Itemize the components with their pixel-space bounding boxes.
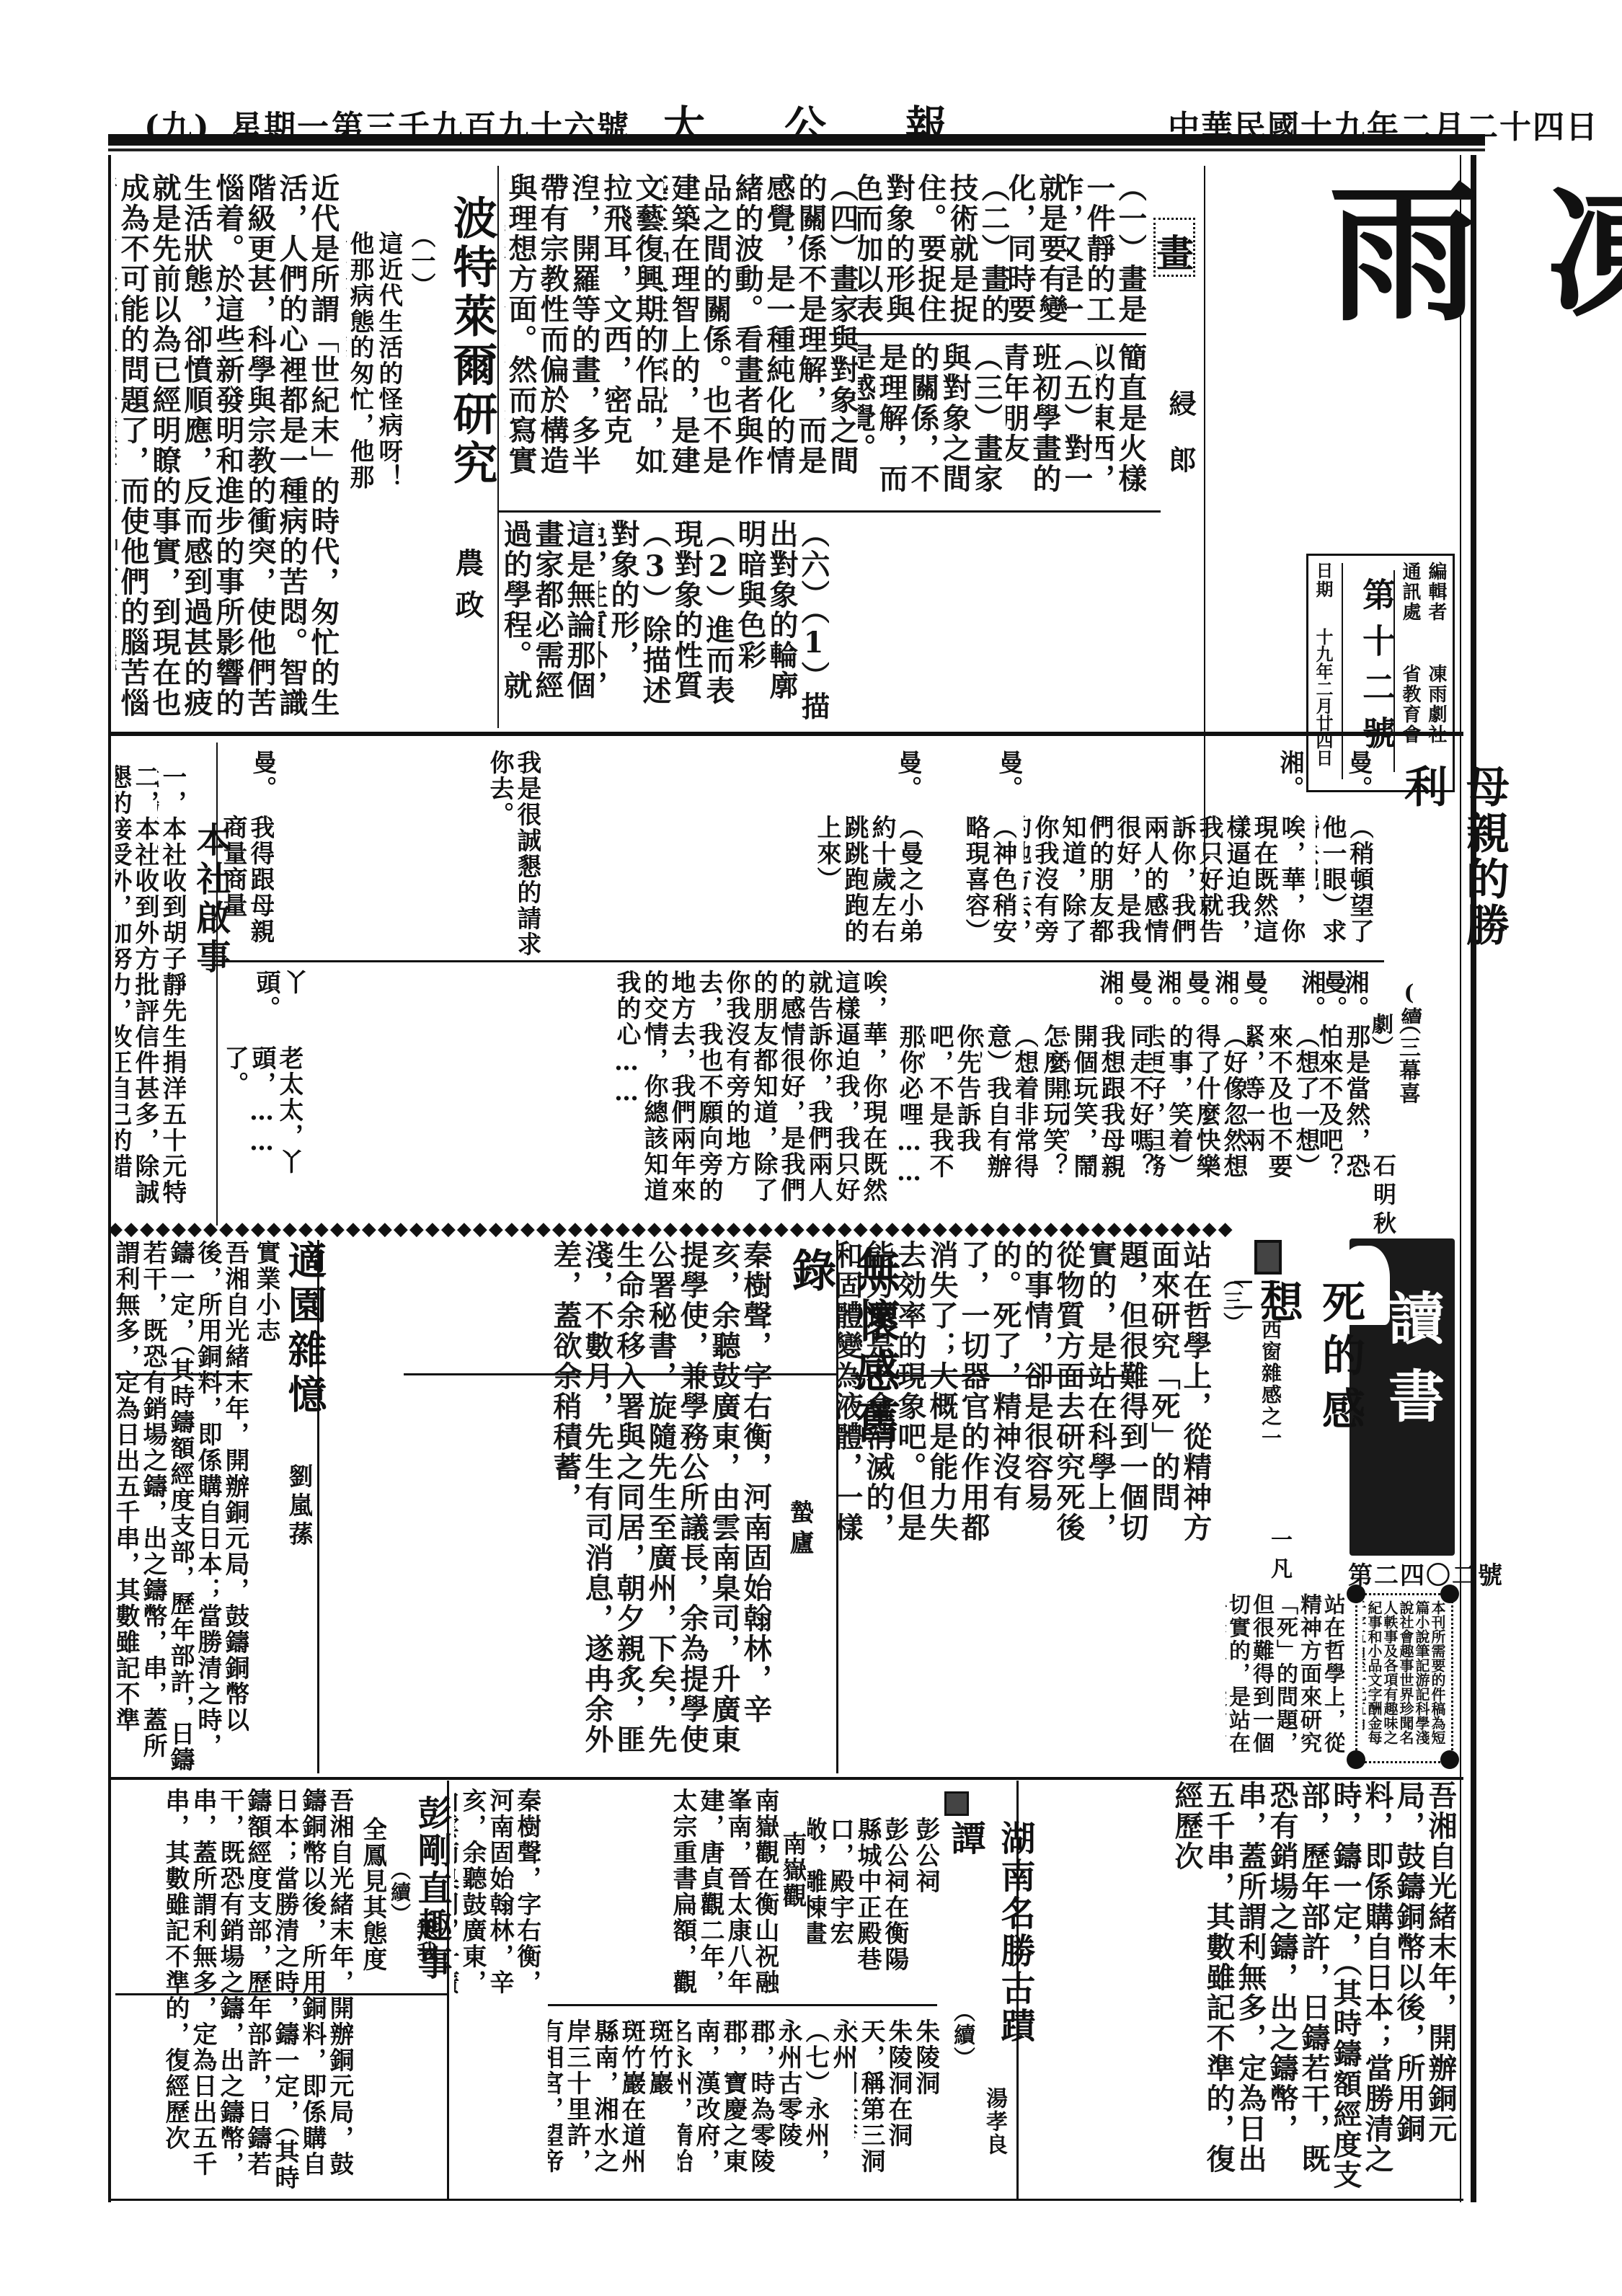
dialogue-speaker: 湘。 xyxy=(1298,970,1325,1020)
site-text: 斑竹巖在道州縣南，湘水之岸三十里許，有相宮，望帝台，蓋邑人為舜娥皇女英築也，相傳… xyxy=(548,2018,645,2191)
site-name: 永州 xyxy=(829,2018,856,2105)
dialogue-line: （稍頓望了他一眼）求婚去吧 xyxy=(1316,815,1373,959)
baudelaire-lead-1: 這近代生活的怪病呀！ xyxy=(375,231,402,505)
painting-section-1: （一）畫是一件靜的工作，又是一件動的工作。在靜中有柔軟的輕清的波紋。在動中有節奏… xyxy=(1067,173,1146,332)
dialogue-speaker: 曼。 xyxy=(249,750,276,807)
date-label: 日期 xyxy=(1313,562,1333,619)
painting-section-5: 文藝復興期的作品，如拉飛耳，文西，密克湼，開羅等的畫，多半帶有宗教性而偏於構造與… xyxy=(505,173,663,505)
dialogue-line: 你先告訴我吧，不是我不去。 xyxy=(923,1024,980,1204)
issue-number-label: 第十二號 xyxy=(1353,577,1401,779)
page-bottom-rule xyxy=(108,2199,1463,2201)
play-genre: （三幕喜劇） xyxy=(1366,1013,1421,1128)
death-author: 一凡 xyxy=(1265,1528,1293,1586)
baudelaire-body: 近代是所謂「世紀末」的時代，匆忙的生活，人們的心裡都是一種病的苦悶。智識階級更甚… xyxy=(115,173,339,728)
dialogue-line: 同走不好嗎？ xyxy=(1125,1024,1153,1204)
site-text: 朱陵洞在洞天，稱第三洞天，明湛若水，有宋朱熹題字。 xyxy=(854,2018,912,2191)
site-text: 彭公祠在衡陽縣城中正殿巷口，殿宇宏敞，雕棟畫樑，精緻壯麗。為各祠之冠，中祀清彭剛… xyxy=(807,1817,908,1997)
baudelaire-title: 波特萊爾研究 xyxy=(440,195,504,497)
garden-memoir-body: 吾湘自光緒末年，開辦銅元局，鼓鑄銅幣以後，所用銅料，即係購自日本；當勝清之時，鑄… xyxy=(115,1240,249,1773)
painting-section-3b: （三）畫家與對象之間的關係，不是理解，而是感覺。 xyxy=(858,342,1002,508)
baudelaire-author: 農政 xyxy=(447,548,488,634)
death-part: （三） xyxy=(1218,1269,1246,1326)
supplement-info-box: 編輯者 凍雨劇社 通訊處 省教育會 第十二號 日期 十九年二月廿四日 xyxy=(1306,554,1455,792)
dialogue-line: 唉，華，你現在既然這樣逼迫我，我只好就告訴你，我們兩人的感情很好，是我們的朋友都… xyxy=(1024,815,1305,959)
play-title: 母親的勝利 xyxy=(1391,764,1515,980)
baudelaire-lead-2: 他那病態的匆忙，他那分歧的目標 xyxy=(346,231,373,505)
dialogue-speaker: 湘。 xyxy=(1096,970,1123,1020)
site-name: 彭公祠 xyxy=(912,1817,939,1903)
memoir-divider xyxy=(404,1373,836,1375)
dialogue-speaker: 湘。 xyxy=(1211,970,1238,1020)
dialogue-speaker: 曼。 xyxy=(995,750,1022,807)
address-value: 省教育會 xyxy=(1399,664,1421,779)
site-name: 斑竹巖 xyxy=(645,2018,673,2105)
editor-value: 凍雨劇社 xyxy=(1425,664,1447,779)
corner-dot-icon xyxy=(1347,1750,1365,1769)
dialogue-line: （神色稍安略現喜容） xyxy=(959,815,1016,959)
dialogue-speaker: 曼。 xyxy=(1182,970,1210,1020)
notice-item-2: 二，本社收到外方批評信件甚多，除誠懇的接受外，加努力，改正自己的錯誤，向前走去。… xyxy=(115,764,159,1211)
divider-top-row xyxy=(829,333,1146,335)
dialogue-line: 那你必哩…… xyxy=(894,1024,923,1204)
address-label: 通訊處 xyxy=(1399,562,1421,648)
dialogue-line: 老太太，丫頭，……了。 xyxy=(216,1045,303,1204)
painting-section-2: 就是要有變化，同時要統一。有變化而又統一，謂之調和。調和是創造美的唯一的條件。 xyxy=(1009,173,1067,332)
dialogue-speaker: 湘。 xyxy=(1276,750,1303,807)
death-body-continued: 站在哲學上，從精神方面來研究「死」的問題，但很難得到一個切實的，是站在科學上，從… xyxy=(1226,1593,1344,1759)
dialogue-speaker: 丫頭。 xyxy=(252,970,307,1042)
bottom-right-text: 吾湘自光緒末年，開辦銅元局，鼓鑄銅幣以後，所用銅料，即係購自日本；當勝清之時，鑄… xyxy=(1024,1781,1456,2199)
garden-memoir-section: 實業小志 xyxy=(252,1240,280,1370)
dialogue-line: （想了一想）來不及也不要緊，等一兩天，請你父親派人送你 xyxy=(1247,1024,1319,1204)
hunan-author: 湯孝良 xyxy=(980,2087,1008,2173)
dialogue-filler: 唉，華，你現在既然這樣逼迫我，我只好就告訴你，我們兩人的感情很好，是我們的朋友都… xyxy=(317,970,887,1204)
memoir-title: 無懷感舊錄 xyxy=(779,1247,907,1478)
dialogue-line: 那是當然，恐怕來不及吧？ xyxy=(1312,1024,1370,1204)
dialogue-line: （好像忽然想得了什麼快樂的事，笑着）去更好，但務必要在作壽的頭天晚上到。 xyxy=(1153,1024,1247,1204)
dialogue-speaker: 湘。 xyxy=(1153,970,1181,1020)
peng-continued: （續） xyxy=(386,1860,413,1932)
hunan-divider xyxy=(548,2004,937,2006)
ornament-divider: ◆◆◆◆◆◆◆◆◆◆◆◆◆◆◆◆◆◆◆◆◆◆◆◆◆◆◆◆◆◆◆◆◆◆◆◆◆◆◆◆… xyxy=(108,1218,1463,1238)
dialogue-line: 怎麼開玩笑？ xyxy=(1038,1024,1067,1204)
dialogue-speaker: 曼。 xyxy=(894,750,921,807)
site-text: 南嶽觀在衡山祝融峯南，晉太康八年建，唐貞觀二年，太宗重書扁額，觀中碑文， xyxy=(670,1788,779,1997)
memoir-author: 蟄廬 xyxy=(782,1499,817,1572)
baudelaire-part: （一） xyxy=(404,223,439,310)
dialogue-line: （想着非常得意）我自有辦法， xyxy=(980,1024,1038,1204)
site-text: （七）永州，永州古零陵郡，時為零陵郡，寶慶之東南，漢改府，名永州，隋始置州，明疑… xyxy=(678,2018,829,2191)
header-rule xyxy=(108,134,1485,146)
garden-divider xyxy=(115,1373,252,1375)
painting-section-8: （六）（1）描出對象的輪廓明暗與色彩（2）進而表現對象的性質（3）除描述對象的形… xyxy=(598,519,829,728)
notice-item-1: 一，本社收到胡子靜先生捐洋五十元特此鳴謝。 xyxy=(157,764,186,1211)
editor-label: 編輯者 xyxy=(1425,562,1447,648)
section-divider-bottom xyxy=(108,1777,1463,1780)
dialogue-line: 我想跟我母親開個玩笑，鬧一場趣劇。 xyxy=(1067,1024,1125,1204)
peng-body: 全鳳見其態度知非凡人， xyxy=(360,1817,386,1982)
issue-tag-horizontal: 第二四〇二號 xyxy=(1348,1556,1504,1591)
date-value: 十九年二月廿四日 xyxy=(1313,628,1333,786)
memoir-body: 秦樹聲，字右衡，河南固始翰林，辛亥，余聽鼓廣東，由雲南臬司，升廣東提學使，兼學務… xyxy=(404,1240,771,1773)
hunan-title-icon xyxy=(944,1791,969,1816)
painting-section-3: （二）畫的技術就是捉住。要捉住對象的形與色而加以表現。 xyxy=(858,173,1009,332)
notice-title: 本社啟事 xyxy=(186,822,236,1009)
header-rule-thin xyxy=(108,149,1485,151)
dialogue-line: （曼之小弟約十歲左右跳跳跑跑的上來） xyxy=(548,815,923,959)
bottom-mid-text: 秦樹聲，字右衡，河南固始翰林，辛亥，余聽鼓廣東，由雲南臬司，升廣東提學使，兼學務… xyxy=(454,1788,541,1997)
supplement-masthead: 凍雨 xyxy=(1283,173,1622,548)
section-divider-1 xyxy=(108,732,1463,736)
garden-memoir-title: 適園雜憶 xyxy=(278,1240,333,1456)
painting-section-9: 這是無論那個畫家都必需經過的學程。就是絕頂的天才，也必須如此。一九三〇年，二，二… xyxy=(505,519,595,728)
peng-body-continued: 吾湘自光緒末年，開辦銅元局，鼓鑄銅幣以後，所用銅料，即係購自日本；當勝清之時，鑄… xyxy=(115,1788,353,2191)
dialogue-speaker: 曼。 xyxy=(1125,970,1152,1020)
painting-section-4: （四）畫家與對象之間的關係不是理解，而是感覺，是一種純化的情緒的波動。看畫者與作… xyxy=(663,173,858,505)
left-border xyxy=(108,155,111,2202)
painting-author: 綅郎 xyxy=(1161,389,1200,533)
hunan-continued: （續） xyxy=(948,2000,975,2087)
dialogue-line-extra: 我是很誠懇的請求你去。 xyxy=(303,750,541,959)
corner-dot-icon xyxy=(1440,1750,1459,1769)
painting-title: 畫 xyxy=(1156,223,1194,278)
dialogue-speaker: 曼。 xyxy=(1344,750,1372,807)
divider-mid-row xyxy=(497,510,1161,513)
play-mid-divider xyxy=(216,960,1384,962)
info-divider-2 xyxy=(1342,563,1343,779)
dialogue-speaker: 曼。 xyxy=(1240,970,1267,1020)
site-name: 南嶽觀 xyxy=(779,1831,806,1918)
editorial-notice-text: 本刊所需要的件稿為短篇小說筆記游記科學淺說社會趣事世界珍聞名人軼事及各項有趣味之… xyxy=(1362,1600,1445,1752)
peng-author: 無我 xyxy=(411,1918,438,1975)
peng-divider xyxy=(115,1993,447,1995)
site-name: 朱陵洞 xyxy=(912,2018,939,2105)
garden-memoir-author: 劉嵐蓀 xyxy=(285,1463,312,1564)
painting-section-6: 簡直是火樣似的東西，正象徵他那狂人的感覺。 xyxy=(1096,342,1146,508)
painting-section-7: （五）對一班初學畫的青年朋友們。我很想把我的真心話說出來，雖然有點逆耳。我說我們… xyxy=(1006,342,1092,508)
